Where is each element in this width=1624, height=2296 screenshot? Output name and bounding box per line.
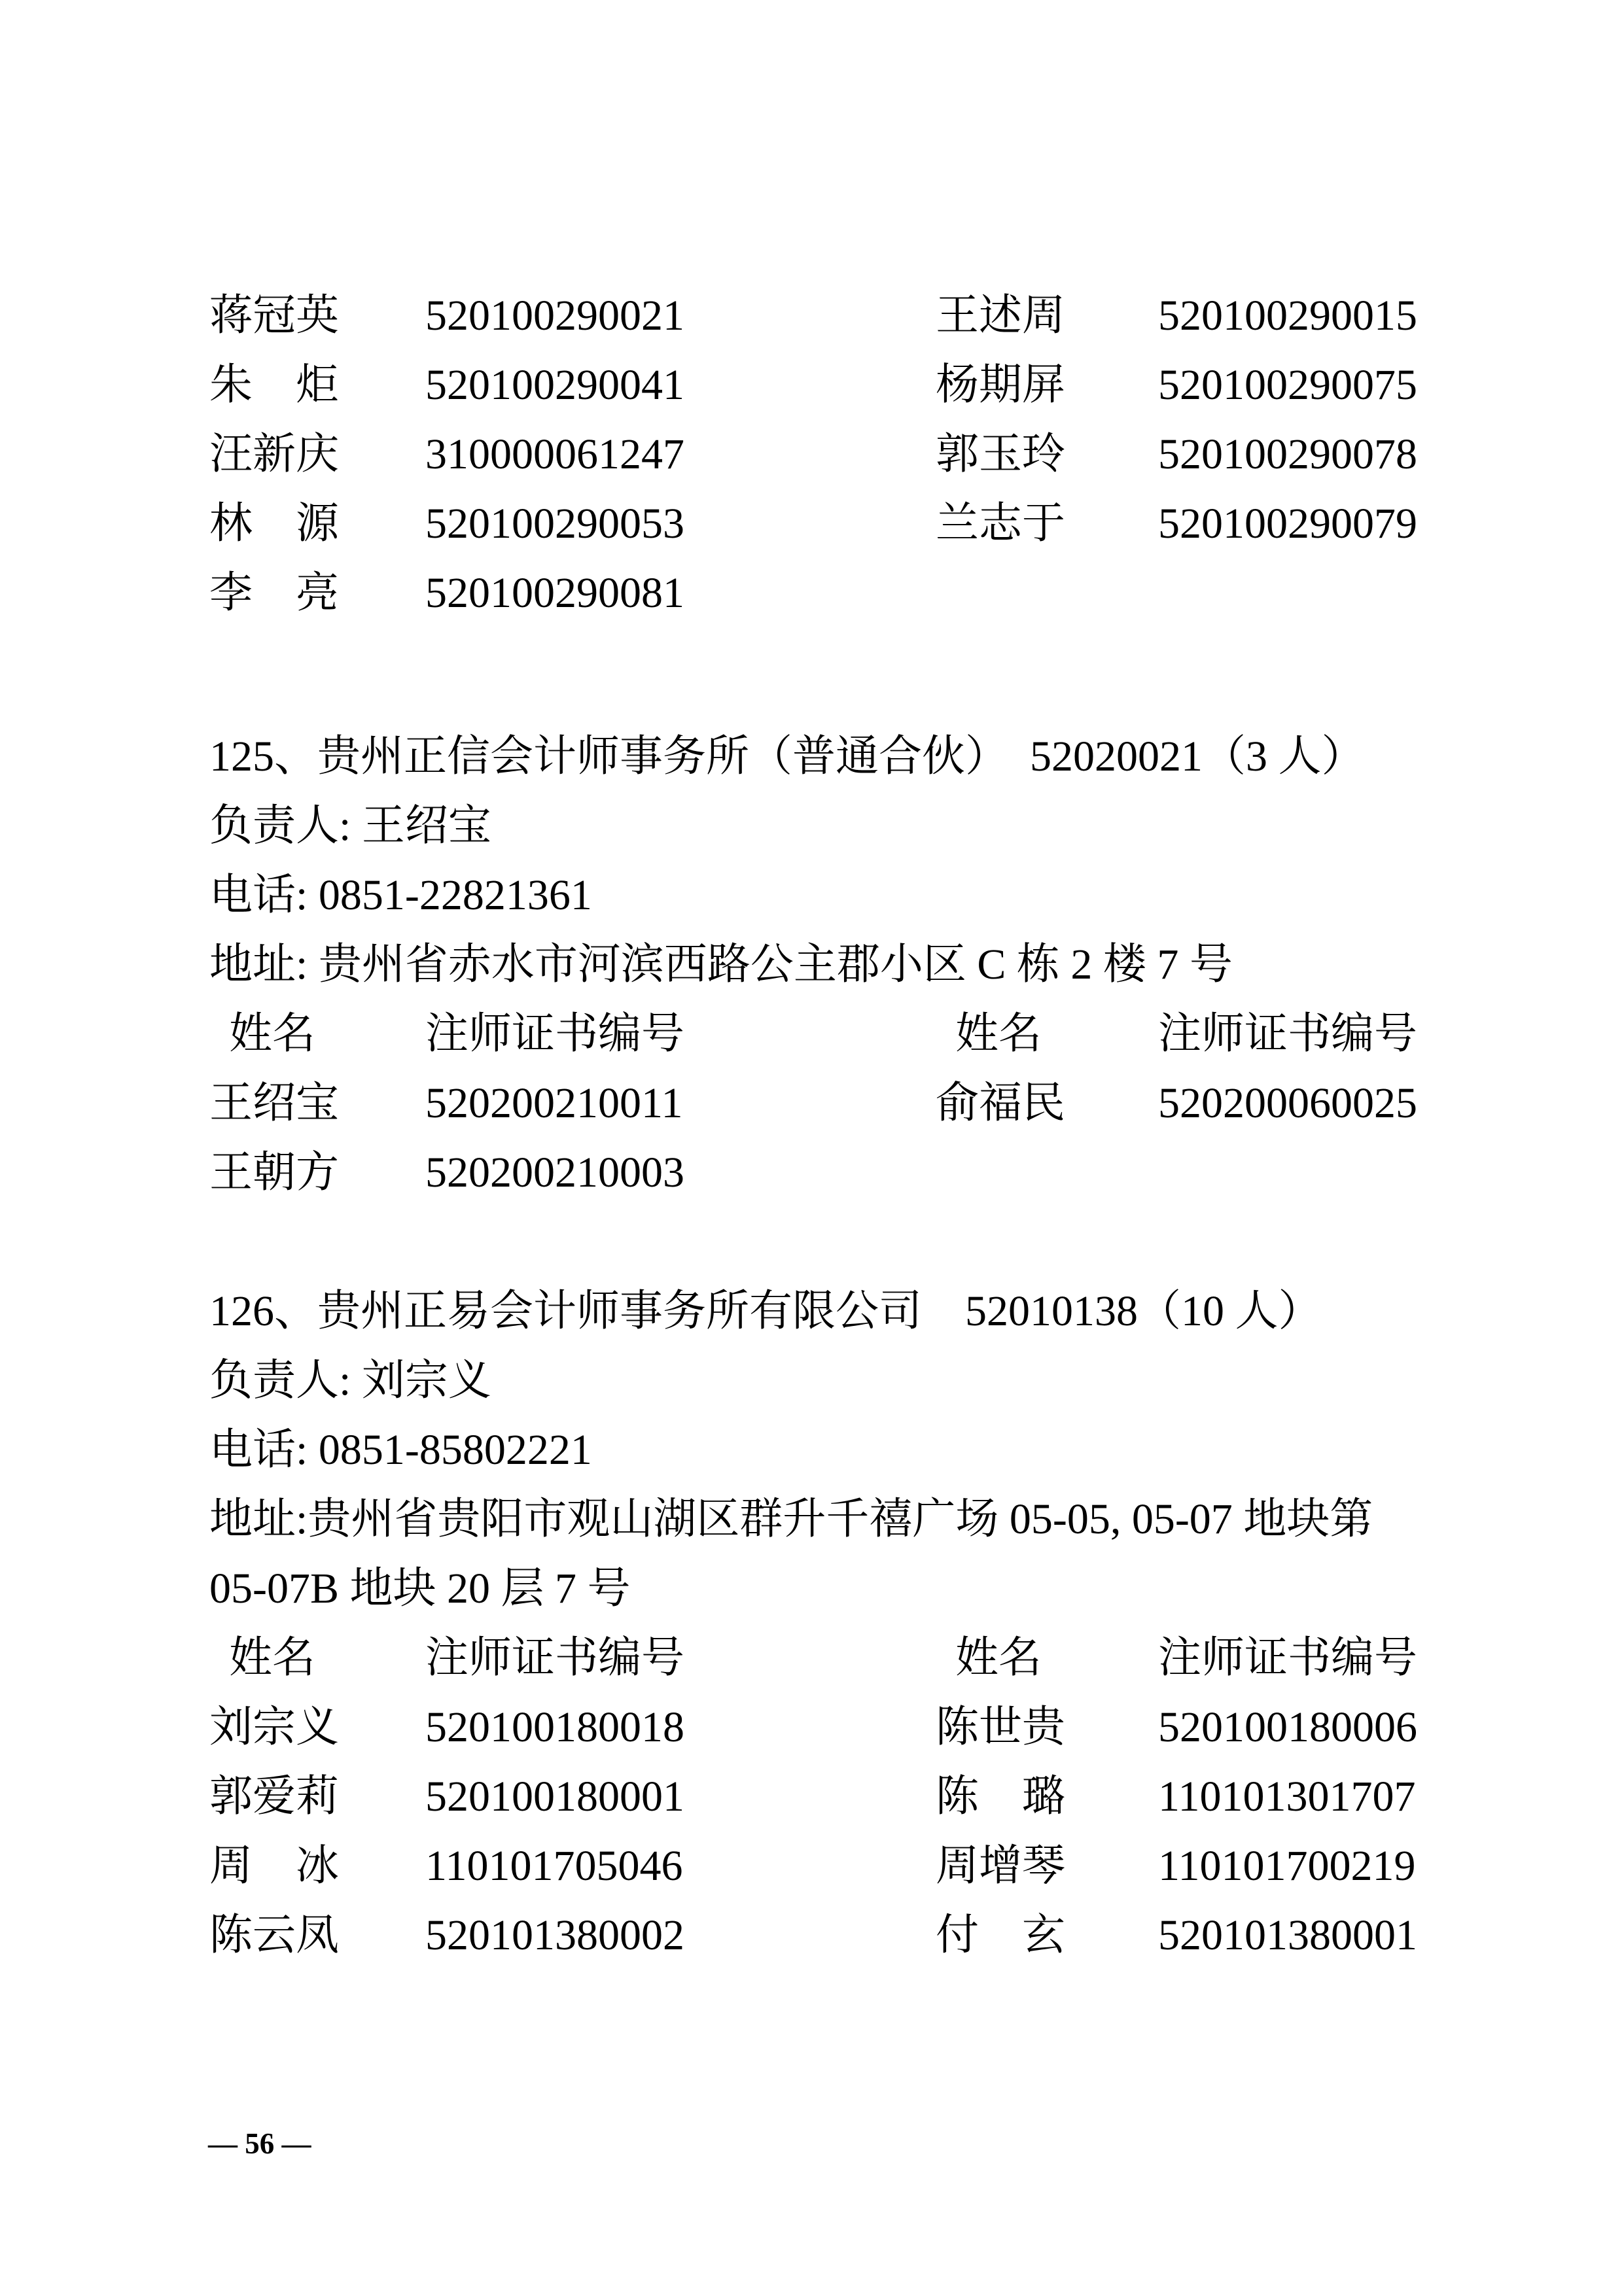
cert-number [1158, 559, 1420, 628]
col-header-name: 姓名 [209, 1000, 425, 1069]
cert-number: 520200210011 [425, 1069, 936, 1138]
firm-section: 126、贵州正易会计师事务所有限公司 52010138（10 人） 负责人: 刘… [209, 1277, 1420, 1970]
col-header-cert: 注师证书编号 [1158, 1000, 1420, 1069]
table-row: 刘宗义 520100180018 陈世贵 520100180006 [209, 1693, 1420, 1762]
cert-number: 520100290021 [425, 281, 936, 351]
member-name: 周增琴 [936, 1832, 1158, 1901]
member-name: 王绍宝 [209, 1069, 425, 1138]
cert-number: 520100290081 [425, 559, 936, 628]
cert-number: 520100290015 [1158, 281, 1420, 351]
cert-number: 520101380002 [425, 1901, 936, 1970]
member-name: 汪新庆 [209, 420, 425, 489]
page-number: — 56 — [208, 2127, 311, 2160]
cert-number: 520100180006 [1158, 1693, 1420, 1762]
cert-number: 520100290053 [425, 489, 936, 559]
member-name: 俞福民 [936, 1069, 1158, 1138]
member-name: 朱 炬 [209, 351, 425, 420]
continued-roster: 蒋冠英 520100290021 王述周 520100290015 朱 炬 52… [209, 281, 1420, 628]
col-header-cert: 注师证书编号 [425, 1624, 936, 1693]
member-name: 付 玄 [936, 1901, 1158, 1970]
col-header-name: 姓名 [936, 1624, 1158, 1693]
member-name: 周 冰 [209, 1832, 425, 1901]
cert-number: 520100180018 [425, 1693, 936, 1762]
cert-number: 520100290079 [1158, 489, 1420, 559]
table-row: 周 冰 110101705046 周增琴 110101700219 [209, 1832, 1420, 1901]
table-row: 林 源 520100290053 兰志于 520100290079 [209, 489, 1420, 559]
member-name: 兰志于 [936, 489, 1158, 559]
table-header-row: 姓名 注师证书编号 姓名 注师证书编号 [209, 1000, 1420, 1069]
col-header-name: 姓名 [209, 1624, 425, 1693]
cert-number: 310000061247 [425, 420, 936, 489]
member-name: 杨期屏 [936, 351, 1158, 420]
member-name: 陈 璐 [936, 1762, 1158, 1832]
table-row: 蒋冠英 520100290021 王述周 520100290015 [209, 281, 1420, 351]
member-name: 陈世贵 [936, 1693, 1158, 1762]
document-page: 蒋冠英 520100290021 王述周 520100290015 朱 炬 52… [0, 0, 1624, 2296]
member-name: 郭爱莉 [209, 1762, 425, 1832]
member-name: 郭玉玲 [936, 420, 1158, 489]
member-name: 王述周 [936, 281, 1158, 351]
phone-line: 电话: 0851-22821361 [209, 861, 1420, 930]
table-row: 朱 炬 520100290041 杨期屏 520100290075 [209, 351, 1420, 420]
firm-heading: 125、贵州正信会计师事务所（普通合伙） 52020021（3 人） [209, 722, 1420, 791]
address-line: 地址: 贵州省赤水市河滨西路公主郡小区 C 栋 2 楼 7 号 [209, 930, 1420, 1000]
firm-heading: 126、贵州正易会计师事务所有限公司 52010138（10 人） [209, 1277, 1420, 1346]
member-name [936, 1138, 1158, 1208]
cert-number: 520100290078 [1158, 420, 1420, 489]
phone-line: 电话: 0851-85802221 [209, 1416, 1420, 1485]
member-name: 林 源 [209, 489, 425, 559]
firm-section: 125、贵州正信会计师事务所（普通合伙） 52020021（3 人） 负责人: … [209, 722, 1420, 1208]
member-name [936, 559, 1158, 628]
cert-number [1158, 1138, 1420, 1208]
page-content: 蒋冠英 520100290021 王述周 520100290015 朱 炬 52… [209, 281, 1420, 1970]
member-name: 陈云凤 [209, 1901, 425, 1970]
cert-number: 110101705046 [425, 1832, 936, 1901]
manager-line: 负责人: 刘宗义 [209, 1346, 1420, 1416]
member-name: 李 亮 [209, 559, 425, 628]
member-name: 王朝方 [209, 1138, 425, 1208]
table-header-row: 姓名 注师证书编号 姓名 注师证书编号 [209, 1624, 1420, 1693]
table-row: 李 亮 520100290081 [209, 559, 1420, 628]
table-row: 陈云凤 520101380002 付 玄 520101380001 [209, 1901, 1420, 1970]
cert-number: 110101301707 [1158, 1762, 1420, 1832]
col-header-name: 姓名 [936, 1000, 1158, 1069]
member-name: 刘宗义 [209, 1693, 425, 1762]
table-row: 郭爱莉 520100180001 陈 璐 110101301707 [209, 1762, 1420, 1832]
member-name: 蒋冠英 [209, 281, 425, 351]
table-row: 汪新庆 310000061247 郭玉玲 520100290078 [209, 420, 1420, 489]
address-line: 地址:贵州省贵阳市观山湖区群升千禧广场 05-05, 05-07 地块第 [209, 1485, 1420, 1554]
address-line-2: 05-07B 地块 20 层 7 号 [209, 1554, 1420, 1624]
cert-number: 520200060025 [1158, 1069, 1420, 1138]
table-row: 王绍宝 520200210011 俞福民 520200060025 [209, 1069, 1420, 1138]
cert-number: 520100290075 [1158, 351, 1420, 420]
cert-number: 520100180001 [425, 1762, 936, 1832]
member-table: 姓名 注师证书编号 姓名 注师证书编号 王绍宝 520200210011 俞福民… [209, 1000, 1420, 1208]
manager-line: 负责人: 王绍宝 [209, 791, 1420, 861]
cert-number: 110101700219 [1158, 1832, 1420, 1901]
col-header-cert: 注师证书编号 [425, 1000, 936, 1069]
table-row: 王朝方 520200210003 [209, 1138, 1420, 1208]
cert-number: 520200210003 [425, 1138, 936, 1208]
col-header-cert: 注师证书编号 [1158, 1624, 1420, 1693]
cert-number: 520100290041 [425, 351, 936, 420]
cert-number: 520101380001 [1158, 1901, 1420, 1970]
member-table: 姓名 注师证书编号 姓名 注师证书编号 刘宗义 520100180018 陈世贵… [209, 1624, 1420, 1970]
